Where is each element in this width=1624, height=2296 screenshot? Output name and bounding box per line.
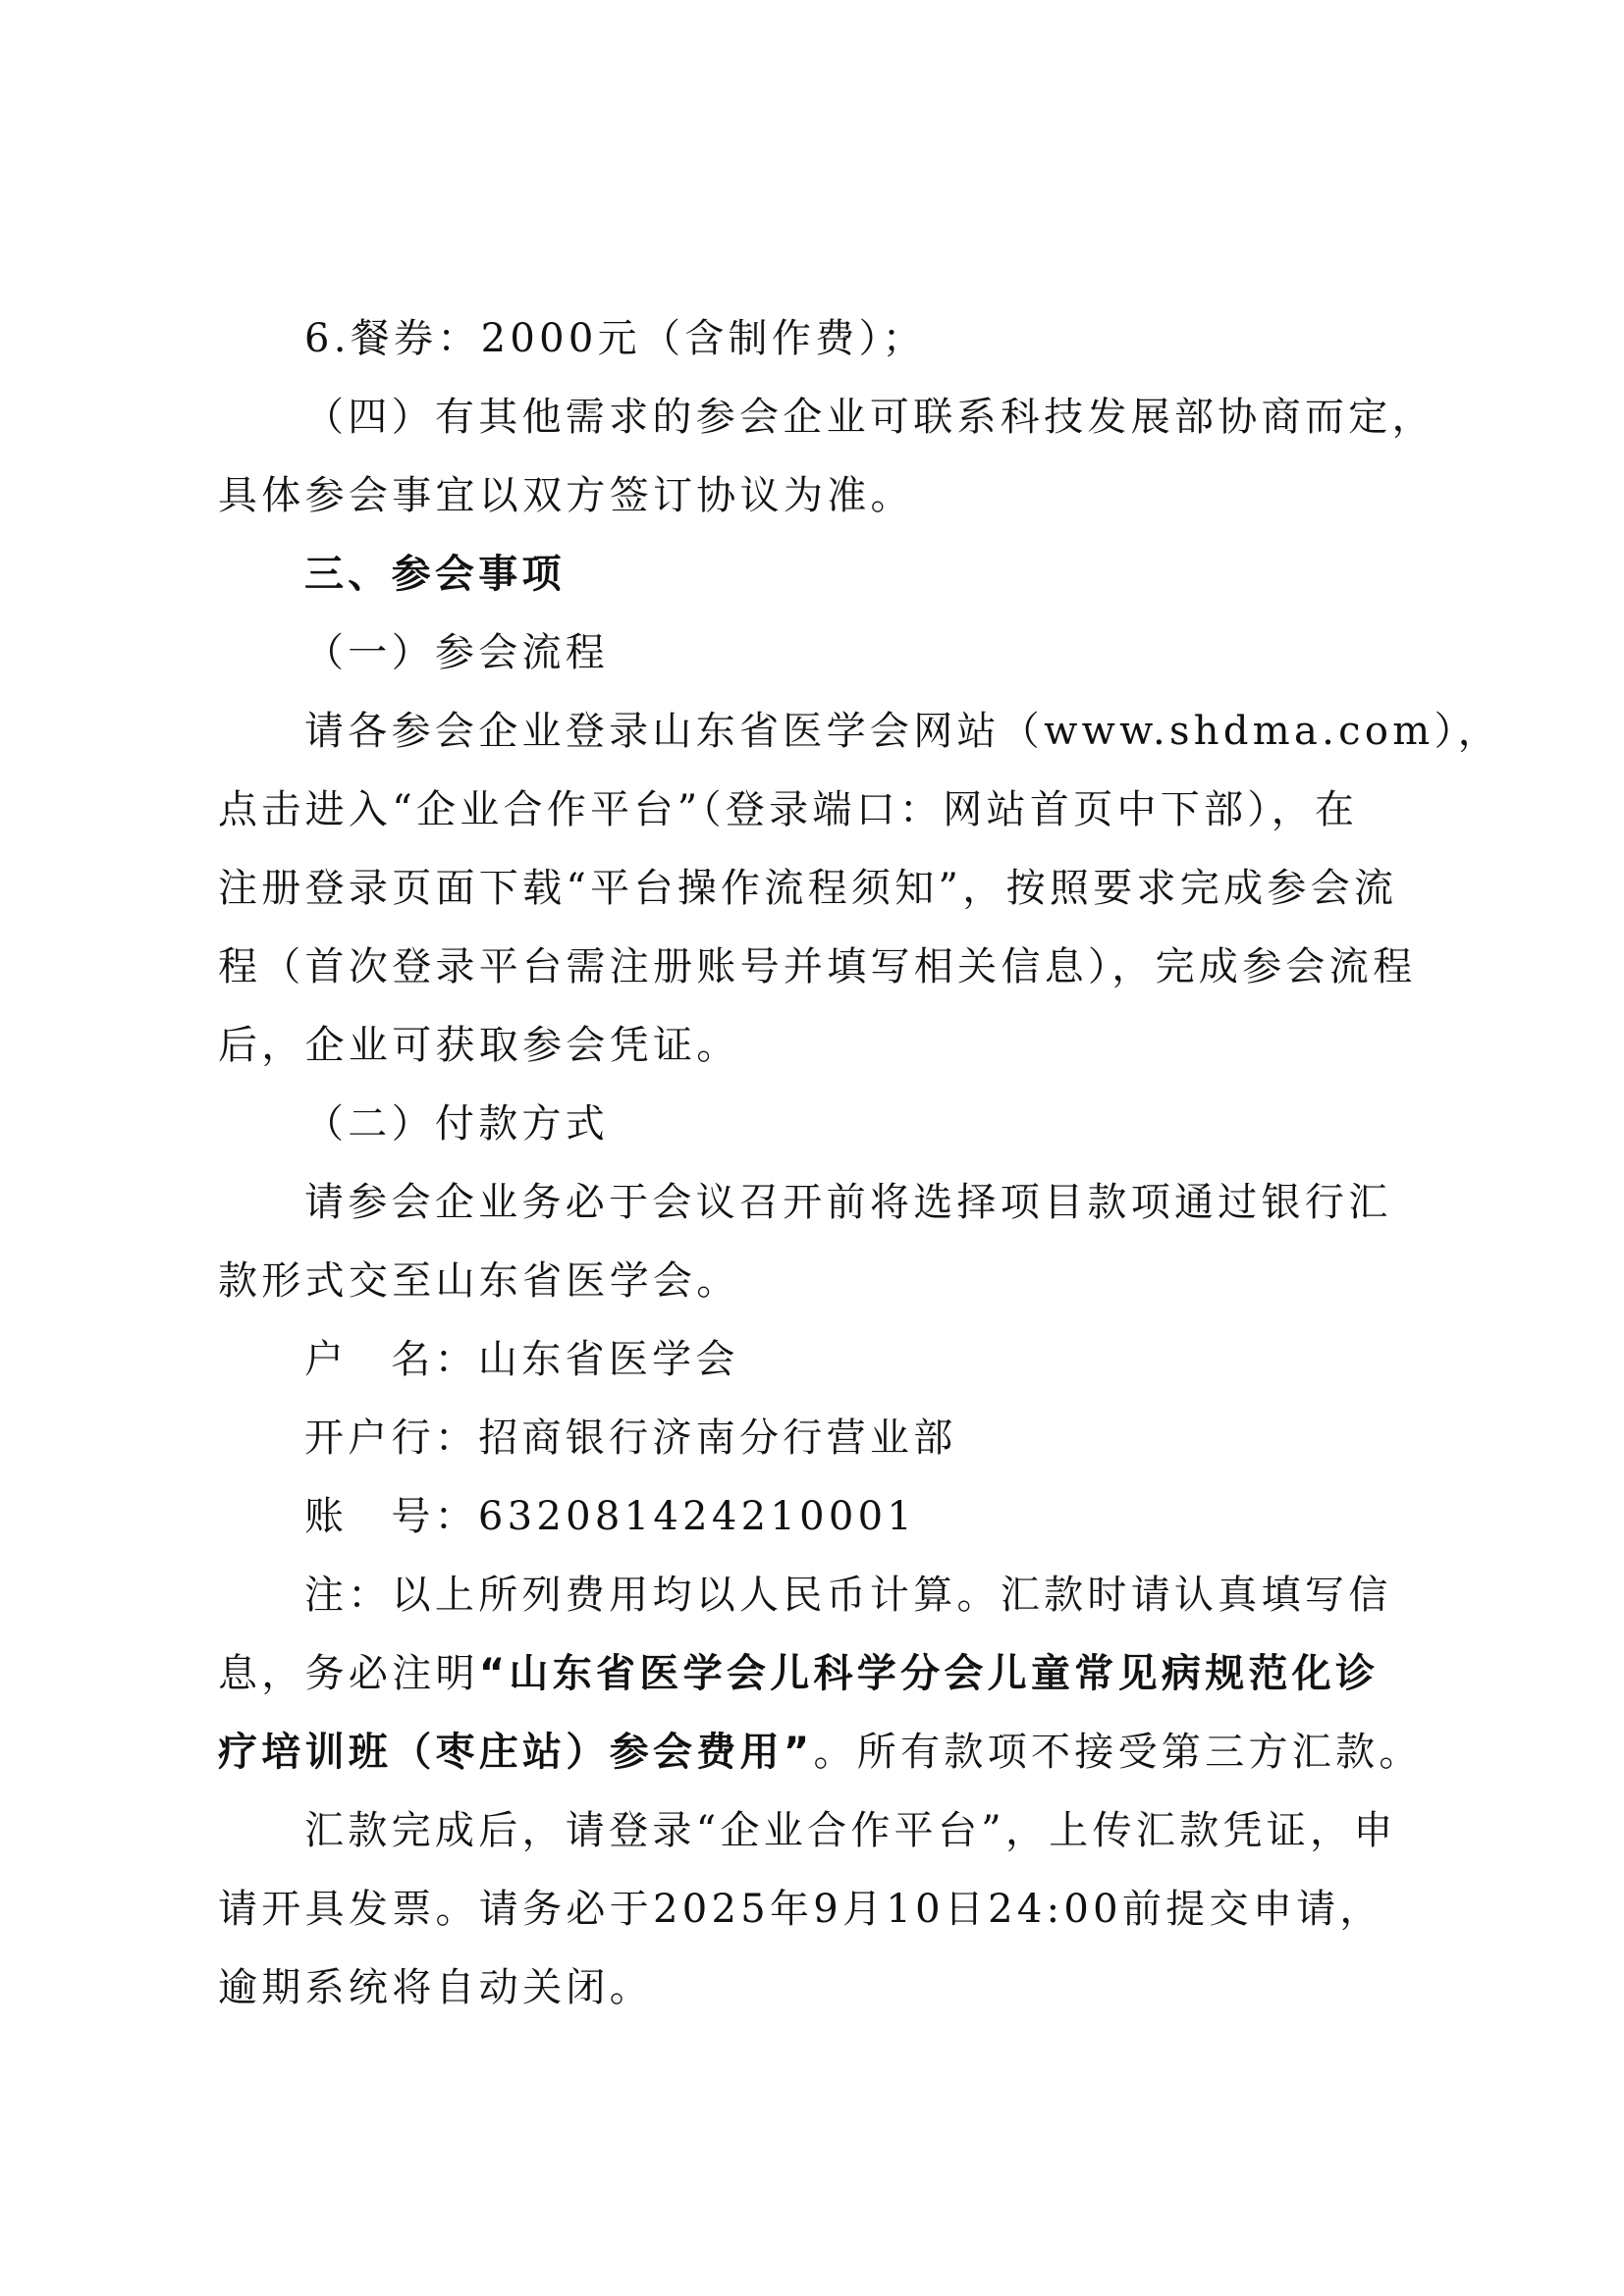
account-number-value: 632081424210001 [478, 1494, 916, 1539]
bank-row: 开户行：招商银行济南分行营业部 [218, 1399, 1406, 1477]
remittance-memo-bold: “山东省医学会儿科学分会儿童常见病规范化诊 [479, 1651, 1380, 1696]
process-paragraph-line-5: 后，企业可获取参会凭证。 [218, 1006, 1406, 1085]
after-payment-line-3: 逾期系统将自动关闭。 [218, 1949, 1406, 2027]
account-name-value: 山东省医学会 [478, 1337, 739, 1382]
subsection-heading-payment: （二）付款方式 [218, 1085, 1406, 1163]
account-number-label-1: 账 [304, 1494, 348, 1539]
after-payment-line-2: 请开具发票。请务必于2025年9月10日24:00前提交申请， [218, 1870, 1406, 1949]
meal-voucher-item: 6.餐券：2000元（含制作费）； [218, 299, 1406, 378]
section-heading-participation: 三、参会事项 [218, 535, 1406, 614]
other-needs-paragraph-line-1: （四）有其他需求的参会企业可联系科技发展部协商而定， [218, 378, 1406, 456]
account-name-label-1: 户 [304, 1337, 348, 1382]
payment-paragraph-line-1: 请参会企业务必于会议召开前将选择项目款项通过银行汇 [218, 1163, 1406, 1242]
payment-paragraph-line-2: 款形式交至山东省医学会。 [218, 1242, 1406, 1320]
remittance-memo-bold-cont: 疗培训班（枣庄站）参会费用” [218, 1730, 814, 1775]
process-paragraph-line-4: 程（首次登录平台需注册账号并填写相关信息），完成参会流程 [218, 928, 1406, 1006]
note-line-3-suffix: 。所有款项不接受第三方汇款。 [814, 1730, 1423, 1775]
process-paragraph-line-1: 请各参会企业登录山东省医学会网站（www.shdma.com）， [218, 692, 1406, 771]
note-line-1: 注：以上所列费用均以人民币计算。汇款时请认真填写信 [218, 1556, 1406, 1634]
note-line-2: 息，务必注明“山东省医学会儿科学分会儿童常见病规范化诊 [218, 1634, 1406, 1713]
note-line-2-prefix: 息，务必注明 [218, 1651, 479, 1696]
bank-value: 招商银行济南分行营业部 [478, 1415, 956, 1461]
note-line-3: 疗培训班（枣庄站）参会费用”。所有款项不接受第三方汇款。 [218, 1713, 1406, 1791]
account-name-row: 户名：山东省医学会 [218, 1320, 1406, 1399]
subsection-heading-process: （一）参会流程 [218, 614, 1406, 692]
process-paragraph-line-2: 点击进入“企业合作平台”（登录端口：网站首页中下部），在 [218, 771, 1406, 849]
account-name-label-2: 名： [391, 1337, 478, 1382]
process-paragraph-line-3: 注册登录页面下载“平台操作流程须知”，按照要求完成参会流 [218, 849, 1406, 928]
after-payment-line-1: 汇款完成后，请登录“企业合作平台”，上传汇款凭证，申 [218, 1791, 1406, 1870]
other-needs-paragraph-line-2: 具体参会事宜以双方签订协议为准。 [218, 456, 1406, 535]
document-page: 6.餐券：2000元（含制作费）； （四）有其他需求的参会企业可联系科技发展部协… [218, 299, 1406, 2027]
account-number-row: 账号：632081424210001 [218, 1477, 1406, 1556]
bank-label: 开户行： [304, 1415, 478, 1461]
account-number-label-2: 号： [391, 1494, 478, 1539]
